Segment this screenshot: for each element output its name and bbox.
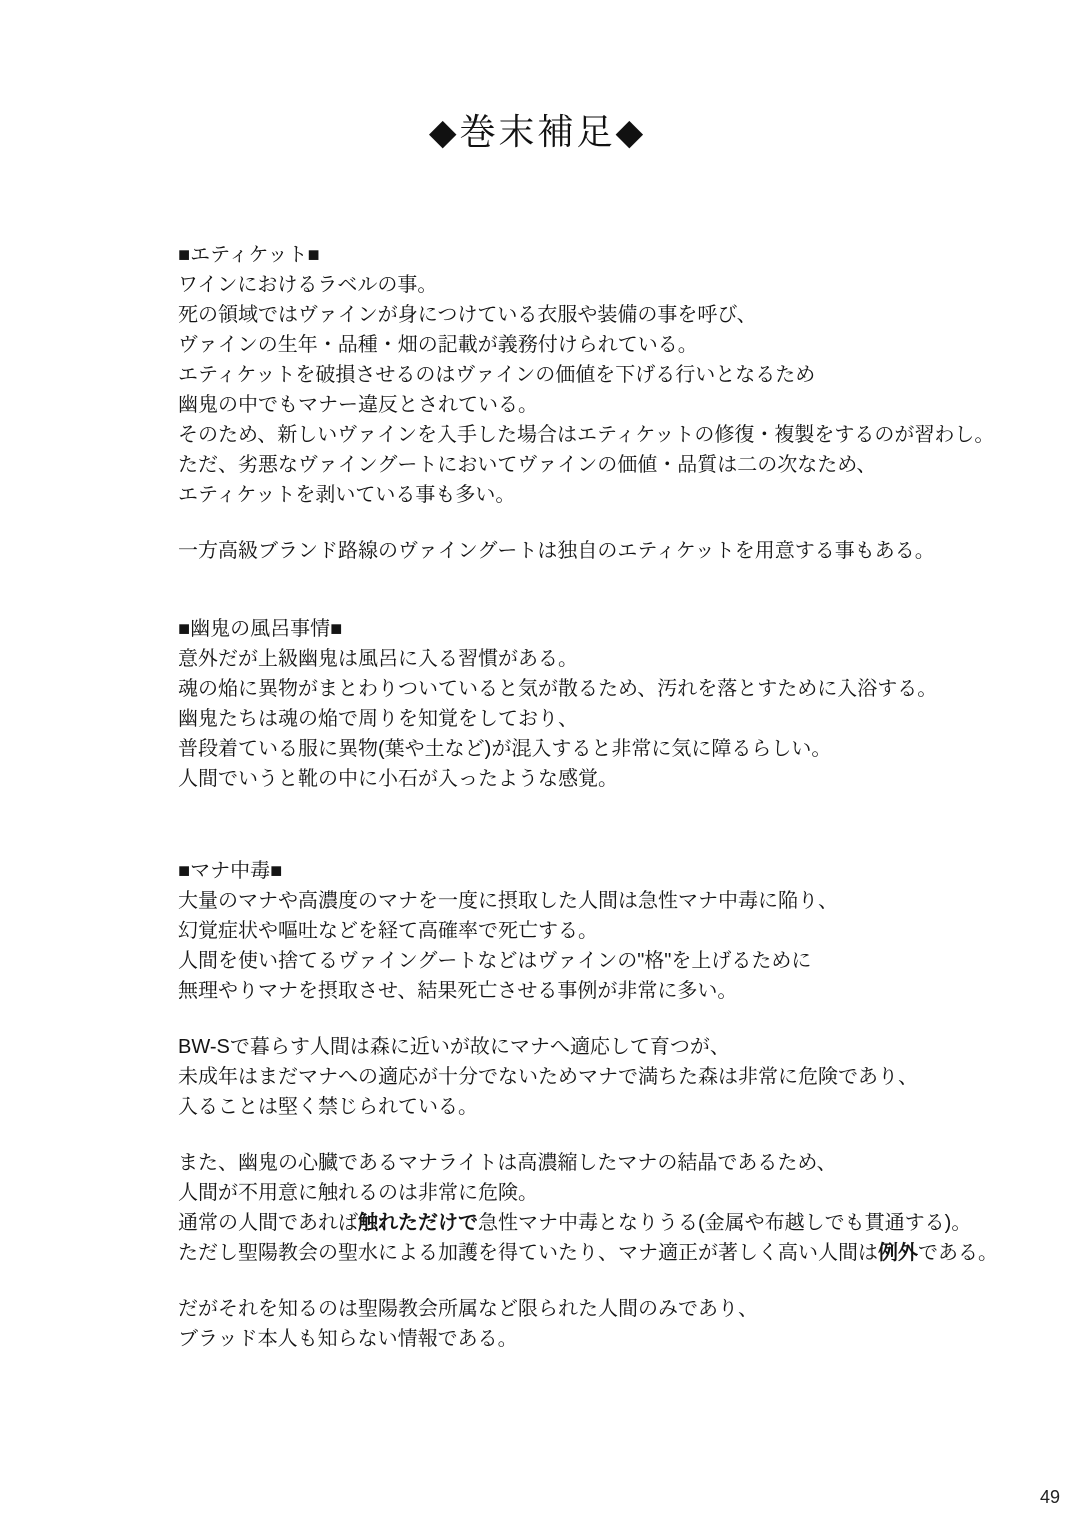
page-number: 49	[1040, 1487, 1060, 1508]
text-line: 死の領域ではヴァインが身につけている衣服や装備の事を呼び、	[178, 300, 1018, 330]
text-line: BW-Sで暮らす人間は森に近いが故にマナへ適応して育つが、	[178, 1032, 1018, 1062]
text-segment: である。	[918, 1242, 998, 1264]
section-heading: ■マナ中毒■	[178, 856, 1018, 886]
text-line: ただし聖陽教会の聖水による加護を得ていたり、マナ適正が著しく高い人間は例外である…	[178, 1238, 1018, 1268]
text-line: エティケットを剥いている事も多い。	[178, 480, 1018, 510]
page-content: ■エティケット■ ワインにおけるラベルの事。 死の領域ではヴァインが身につけてい…	[178, 240, 1018, 1354]
text-line: ただ、劣悪なヴァイングートにおいてヴァインの価値・品質は二の次なため、	[178, 450, 1018, 480]
paragraph: だがそれを知るのは聖陽教会所属など限られた人間のみであり、 ブラッド本人も知らな…	[178, 1294, 1018, 1354]
section-etiquette: ■エティケット■ ワインにおけるラベルの事。 死の領域ではヴァインが身につけてい…	[178, 240, 1018, 566]
text-line: 幽鬼の中でもマナー違反とされている。	[178, 390, 1018, 420]
paragraph: ワインにおけるラベルの事。 死の領域ではヴァインが身につけている衣服や装備の事を…	[178, 270, 1018, 510]
text-line: 普段着ている服に異物(葉や土など)が混入すると非常に気に障るらしい。	[178, 734, 1018, 764]
page-title: ◆巻末補足◆	[0, 104, 1075, 155]
paragraph: また、幽鬼の心臓であるマナライトは高濃縮したマナの結晶であるため、 人間が不用意…	[178, 1148, 1018, 1268]
text-segment: 通常の人間であれば	[178, 1212, 358, 1234]
text-line: 意外だが上級幽鬼は風呂に入る習慣がある。	[178, 644, 1018, 674]
text-line: エティケットを破損させるのはヴァインの価値を下げる行いとなるため	[178, 360, 1018, 390]
text-line: ワインにおけるラベルの事。	[178, 270, 1018, 300]
text-line: 一方高級ブランド路線のヴァイングートは独自のエティケットを用意する事もある。	[178, 536, 1018, 566]
text-line: 大量のマナや高濃度のマナを一度に摂取した人間は急性マナ中毒に陥り、	[178, 886, 1018, 916]
text-line: だがそれを知るのは聖陽教会所属など限られた人間のみであり、	[178, 1294, 1018, 1324]
text-line: そのため、新しいヴァインを入手した場合はエティケットの修復・複製をするのが習わし…	[178, 420, 1018, 450]
text-line: 未成年はまだマナへの適応が十分でないためマナで満ちた森は非常に危険であり、	[178, 1062, 1018, 1092]
bold-text-segment: 例外	[878, 1242, 918, 1264]
paragraph: 一方高級ブランド路線のヴァイングートは独自のエティケットを用意する事もある。	[178, 536, 1018, 566]
section-heading: ■幽鬼の風呂事情■	[178, 614, 1018, 644]
text-line: 人間を使い捨てるヴァイングートなどはヴァインの"格"を上げるために	[178, 946, 1018, 976]
text-line: また、幽鬼の心臓であるマナライトは高濃縮したマナの結晶であるため、	[178, 1148, 1018, 1178]
section-bath: ■幽鬼の風呂事情■ 意外だが上級幽鬼は風呂に入る習慣がある。 魂の焔に異物がまと…	[178, 614, 1018, 794]
paragraph: BW-Sで暮らす人間は森に近いが故にマナへ適応して育つが、 未成年はまだマナへの…	[178, 1032, 1018, 1122]
text-line: 入ることは堅く禁じられている。	[178, 1092, 1018, 1122]
section-heading: ■エティケット■	[178, 240, 1018, 270]
paragraph: 意外だが上級幽鬼は風呂に入る習慣がある。 魂の焔に異物がまとわりついていると気が…	[178, 644, 1018, 794]
paragraph: 大量のマナや高濃度のマナを一度に摂取した人間は急性マナ中毒に陥り、 幻覚症状や嘔…	[178, 886, 1018, 1006]
text-line: ブラッド本人も知らない情報である。	[178, 1324, 1018, 1354]
text-line: 幽鬼たちは魂の焔で周りを知覚をしており、	[178, 704, 1018, 734]
text-line: 人間でいうと靴の中に小石が入ったような感覚。	[178, 764, 1018, 794]
text-line: 無理やりマナを摂取させ、結果死亡させる事例が非常に多い。	[178, 976, 1018, 1006]
text-segment: ただし聖陽教会の聖水による加護を得ていたり、マナ適正が著しく高い人間は	[178, 1242, 878, 1264]
document-page: ◆巻末補足◆ ■エティケット■ ワインにおけるラベルの事。 死の領域ではヴァイン…	[0, 0, 1075, 1518]
text-line: 魂の焔に異物がまとわりついていると気が散るため、汚れを落とすために入浴する。	[178, 674, 1018, 704]
text-line: 通常の人間であれば触れただけで急性マナ中毒となりうる(金属や布越しでも貫通する)…	[178, 1208, 1018, 1238]
bold-text-segment: 触れただけで	[358, 1212, 478, 1234]
text-segment: 急性マナ中毒となりうる(金属や布越しでも貫通する)。	[478, 1212, 971, 1234]
text-line: 人間が不用意に触れるのは非常に危険。	[178, 1178, 1018, 1208]
text-line: 幻覚症状や嘔吐などを経て高確率で死亡する。	[178, 916, 1018, 946]
text-line: ヴァインの生年・品種・畑の記載が義務付けられている。	[178, 330, 1018, 360]
section-mana: ■マナ中毒■ 大量のマナや高濃度のマナを一度に摂取した人間は急性マナ中毒に陥り、…	[178, 856, 1018, 1354]
